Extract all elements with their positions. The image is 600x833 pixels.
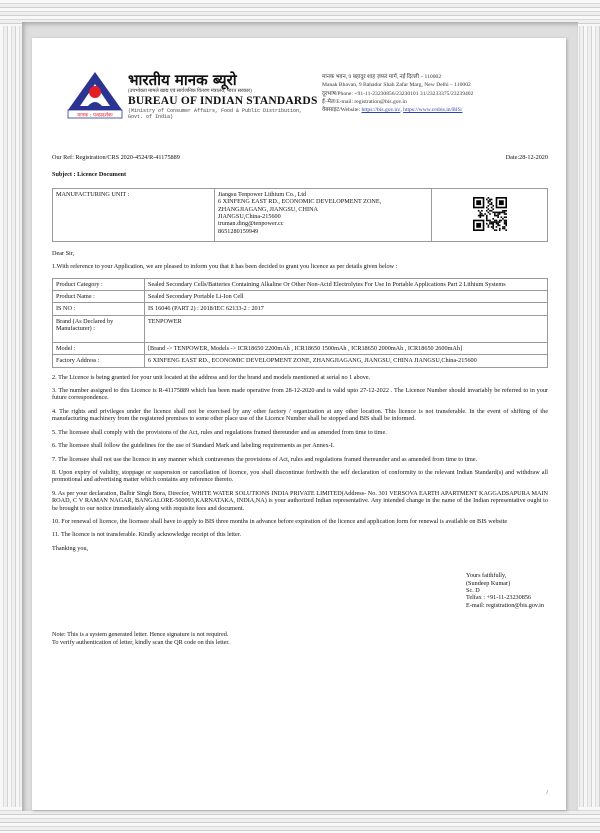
company-name: Jiangsu Tenpower Lithium Co., Ltd <box>218 191 428 198</box>
paragraph-1: 1.With reference to your Application, we… <box>52 263 548 270</box>
address-hindi: मानक भवन, 9 बहादुर शाह ज़फर मार्ग, नई दि… <box>322 73 473 81</box>
details-value: [Brand -> TENPOWER, Models -> ICR18650 2… <box>145 342 548 354</box>
details-value: Sealed Secondary Cells/Batteries Contain… <box>145 278 548 290</box>
address-line: 6 XINFENG EAST RD., ECONOMIC DEVELOPMENT… <box>218 198 428 205</box>
details-value: 6 XINFENG EAST RD., ECONOMIC DEVELOPMENT… <box>145 355 548 367</box>
details-label: Product Name : <box>53 291 145 303</box>
condition-paragraph: 9. As per your declaration, Balbir Singh… <box>52 490 548 512</box>
details-value: TENPOWER <box>145 315 548 342</box>
condition-paragraph: 3. The number assigned to this Licence i… <box>52 387 548 402</box>
address-line: JIANGSU,China-215600 <box>218 213 428 220</box>
bis-logo-icon: मानक : पथप्रदर्शकः <box>64 70 126 120</box>
letterhead: मानक : पथप्रदर्शकः भारतीय मानक ब्यूरो (उ… <box>32 38 566 148</box>
note-line: To verify authentication of letter, kind… <box>52 639 548 646</box>
organization-block: भारतीय मानक ब्यूरो (उपभोक्ता मामले खाद्य… <box>128 72 318 120</box>
signature-line: E-mail: registration@bis.gov.in <box>466 602 548 609</box>
licence-document: मानक : पथप्रदर्शकः भारतीय मानक ब्यूरो (उ… <box>32 38 566 810</box>
address-english: Manak Bhavan, 9 Bahadur Shah Zafar Marg,… <box>322 81 473 89</box>
details-label: Factory Address : <box>53 355 145 367</box>
reference-number: Our Ref: Registration/CRS 2020-4524/R-41… <box>52 154 180 161</box>
qr-code-cell <box>432 188 548 241</box>
details-row: Model :[Brand -> TENPOWER, Models -> ICR… <box>53 342 548 354</box>
signature-line: (Sundeep Kumar) <box>466 580 548 587</box>
subject-line: Subject : Licence Document <box>52 171 548 178</box>
details-label: IS NO : <box>53 303 145 315</box>
manufacturing-unit-table: MANUFACTURING UNIT : Jiangsu Tenpower Li… <box>52 188 548 242</box>
org-subtitle-hindi: (उपभोक्ता मामले खाद्य एवं सार्वजनिक वितर… <box>128 88 318 95</box>
details-label: Model : <box>53 342 145 354</box>
address-line: ZHANGJIAGANG, JIANGSU, CHINA <box>218 206 428 213</box>
closing: Thanking you, <box>52 545 548 552</box>
details-row: IS NO :IS 16046 (PART 2) : 2018/IEC 6213… <box>53 303 548 315</box>
page-mark: / <box>546 790 548 796</box>
product-details-table: Product Category :Sealed Secondary Cells… <box>52 278 548 368</box>
salutation: Dear Sir, <box>52 250 548 257</box>
details-value: Sealed Secondary Portable Li-Ion Cell <box>145 291 548 303</box>
letter-date: Date:28-12-2020 <box>506 154 548 161</box>
condition-paragraph: 5. The licensee shall comply with the pr… <box>52 429 548 436</box>
note-line: Note: This is a system generated letter.… <box>52 631 548 638</box>
condition-paragraph: 10. For renewal of licence, the licensee… <box>52 518 548 525</box>
ministry-line: (Ministry of Consumer Affairs, Food & Pu… <box>128 108 318 120</box>
manufacturing-unit-address: Jiangsu Tenpower Lithium Co., Ltd 6 XINF… <box>215 188 432 241</box>
system-note: Note: This is a system generated letter.… <box>52 631 548 646</box>
condition-paragraph: 11. The licence is not transferable. Kin… <box>52 531 548 538</box>
company-email: truman.ding@tenpower.cc <box>218 220 428 227</box>
website-label: वेबसाइट/Website: <box>322 107 362 113</box>
manufacturing-unit-label: MANUFACTURING UNIT : <box>53 188 215 241</box>
contact-block: मानक भवन, 9 बहादुर शाह ज़फर मार्ग, नई दि… <box>322 73 473 114</box>
ref-date-row: Our Ref: Registration/CRS 2020-4524/R-41… <box>52 154 548 161</box>
org-name-english: BUREAU OF INDIAN STANDARDS <box>128 95 318 108</box>
details-row: Product Name :Sealed Secondary Portable … <box>53 291 548 303</box>
signature-line: Telfax : +91-11-23230856 <box>466 594 548 601</box>
website-link-crsbis[interactable]: https://www.crsbis.in/BIS/ <box>403 107 462 113</box>
signature-line: Sc. D <box>466 587 548 594</box>
condition-paragraph: 2. The Licence is being granted for your… <box>52 374 548 381</box>
details-row: Product Category :Sealed Secondary Cells… <box>53 278 548 290</box>
website-link-bis[interactable]: https://bis.gov.in/ <box>362 107 401 113</box>
details-row: Brand (As Declared by Manufacturer) :TEN… <box>53 315 548 342</box>
svg-text:मानक : पथप्रदर्शकः: मानक : पथप्रदर्शकः <box>77 112 114 119</box>
condition-paragraph: 8. Upon expiry of validity, stoppage or … <box>52 469 548 484</box>
org-name-hindi: भारतीय मानक ब्यूरो <box>128 72 318 88</box>
condition-paragraph: 7. The licensee shall not use the licenc… <box>52 456 548 463</box>
details-label: Brand (As Declared by Manufacturer) : <box>53 315 145 342</box>
company-phone: 8651280159949 <box>218 228 428 235</box>
signature-line: Yours faithfully, <box>466 572 548 579</box>
condition-paragraph: 4. The rights and privileges under the l… <box>52 408 548 423</box>
details-value: IS 16046 (PART 2) : 2018/IEC 62133-2 : 2… <box>145 303 548 315</box>
details-label: Product Category : <box>53 278 145 290</box>
email-line: ई–मेल/E-mail: registration@bis.gov.in <box>322 98 473 106</box>
website-line: वेबसाइट/Website: https://bis.gov.in/, ht… <box>322 106 473 114</box>
signature-block: Yours faithfully,(Sundeep Kumar)Sc. DTel… <box>466 572 548 609</box>
conditions-list: 2. The Licence is being granted for your… <box>52 374 548 539</box>
phone-line: दूरभाष/Phone: +91-11-23230856/23230101 3… <box>322 90 473 98</box>
qr-code-icon[interactable] <box>473 197 507 231</box>
details-row: Factory Address :6 XINFENG EAST RD., ECO… <box>53 355 548 367</box>
condition-paragraph: 6. The licensee shall follow the guideli… <box>52 442 548 449</box>
letter-body: Our Ref: Registration/CRS 2020-4524/R-41… <box>52 154 548 646</box>
